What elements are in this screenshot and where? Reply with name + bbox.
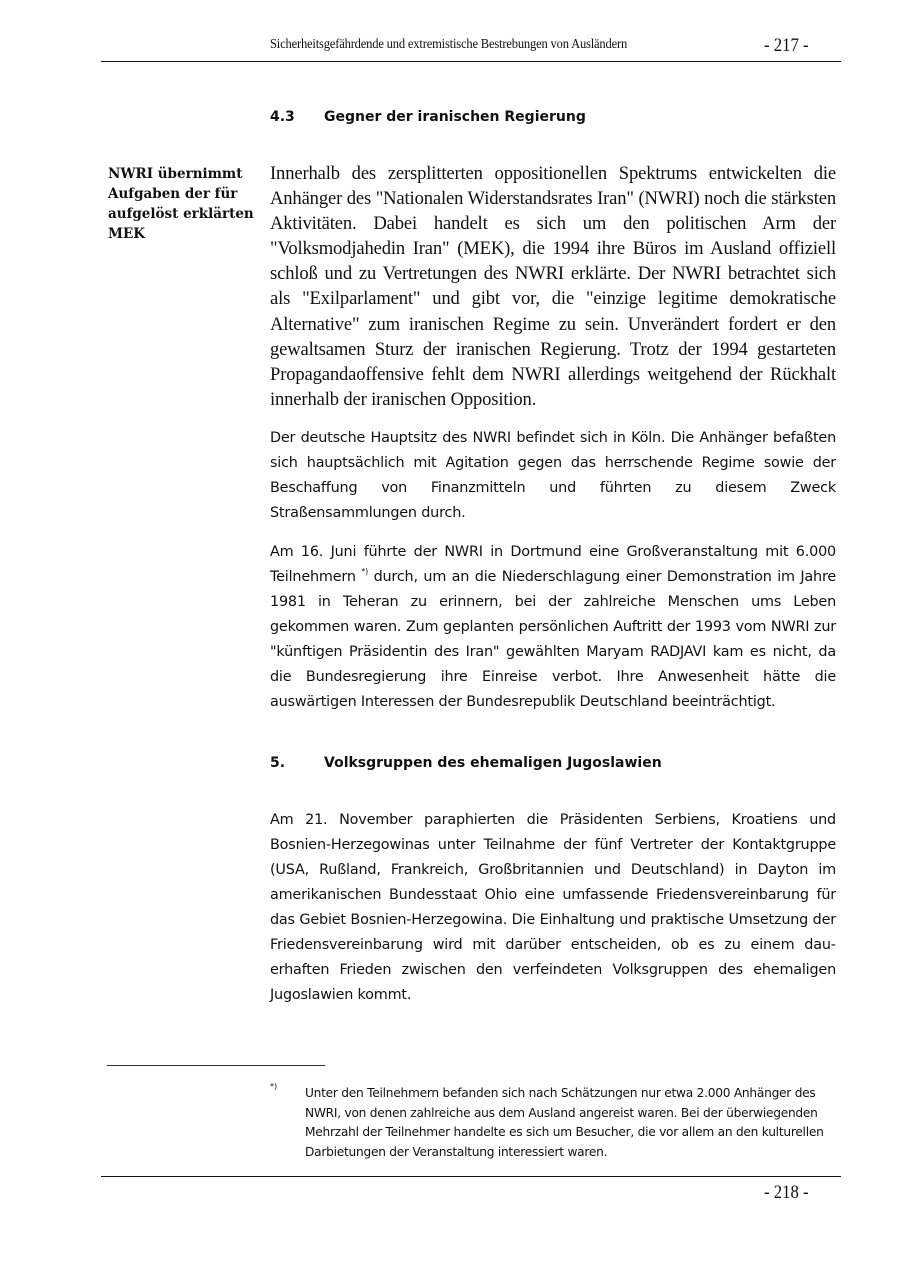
margin-note: NWRI übernimmt Aufgaben der für aufgelös… (108, 164, 258, 244)
paragraph-dayton-agreement: Am 21. November paraphierten die Präside… (270, 808, 836, 1008)
footnote-text: Unter den Teilnehmern befanden sich nach… (305, 1084, 840, 1162)
section-number: 4.3 (270, 109, 295, 125)
paragraph-dortmund-event: Am 16. Juni führte der NWRI in Dortmund … (270, 540, 836, 715)
paragraph-text: durch, um an die Niederschlagung einer D… (270, 569, 836, 710)
page-number-bottom: - 218 - (764, 1182, 809, 1204)
footnote-mark: *) (270, 1082, 277, 1091)
footer-rule (101, 1176, 841, 1177)
footnote-separator (107, 1065, 325, 1066)
running-title: Sicherheitsgefährdende und extremistisch… (270, 36, 670, 52)
section-number: 5. (270, 755, 285, 771)
page-number-top: - 217 - (764, 35, 809, 57)
section-title: Volksgruppen des ehemaligen Jugoslawien (324, 755, 662, 771)
paragraph-nwri-cologne: Der deutsche Hauptsitz des NWRI befindet… (270, 426, 836, 526)
section-title: Gegner der iranischen Regierung (324, 109, 586, 125)
paragraph-nwri-intro: Innerhalb des zersplitterten oppositione… (270, 161, 836, 412)
header-rule (101, 61, 841, 62)
